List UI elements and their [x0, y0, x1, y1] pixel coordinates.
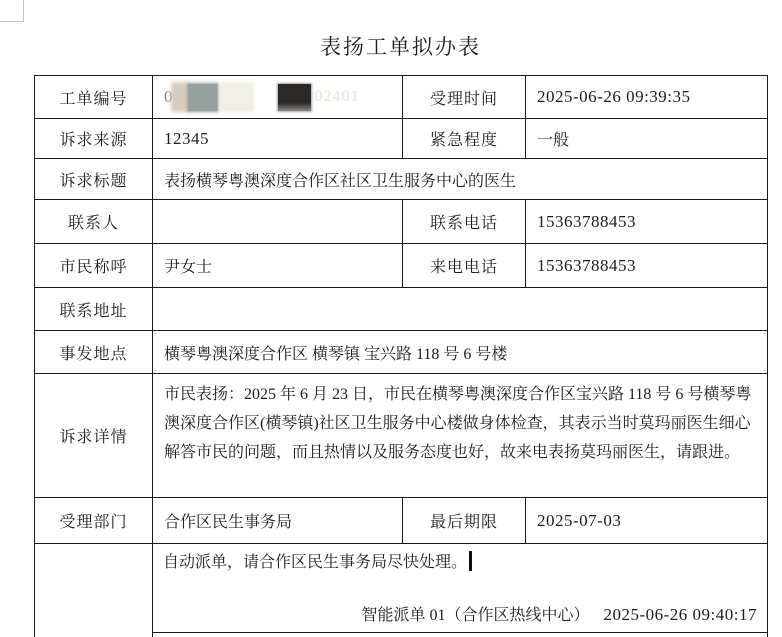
contact-address-label: 联系地址: [35, 288, 153, 331]
contact-phone-value: 15363788453: [526, 200, 768, 244]
redaction-block-cream: [221, 84, 252, 110]
incident-location-label: 事发地点: [35, 331, 153, 374]
department-label: 受理部门: [35, 498, 153, 544]
urgency-label: 紧急程度: [403, 119, 526, 159]
accept-time-value: 2025-06-26 09:39:35: [526, 76, 768, 119]
work-order-table: 工单编号 002401 受理时间 2025-06-26 09:39:35 诉求来…: [34, 75, 768, 637]
source-value: 12345: [153, 119, 403, 159]
deadline-value: 2025-07-03: [526, 498, 768, 544]
dispatch-signer: 智能派单 01（合作区热线中心）: [361, 607, 589, 624]
order-no-label: 工单编号: [35, 76, 153, 119]
appeal-details-label: 诉求详情: [35, 374, 153, 498]
redaction-smudge: [174, 85, 186, 109]
department-value: 合作区民生事务局: [153, 498, 403, 544]
redaction-block-black: [278, 84, 311, 111]
dispatch-note: 自动派单，请合作区民生事务局尽快处理。: [163, 551, 757, 575]
table-row: 受理部门 合作区民生事务局 最后期限 2025-07-03: [35, 498, 768, 544]
page-title: 表扬工单拟办表: [34, 31, 767, 61]
table-row: 自动派单，请合作区民生事务局尽快处理。 智能派单 01（合作区热线中心）2025…: [35, 544, 768, 633]
accept-time-label: 受理时间: [403, 76, 526, 119]
dispatch-signature: 智能派单 01（合作区热线中心）2025-06-26 09:40:17: [163, 602, 757, 625]
cutoff-cell: [153, 633, 768, 637]
table-row: 联系地址: [35, 288, 768, 331]
order-no-value: 002401: [153, 76, 403, 119]
table-row: 联系人 联系电话 15363788453: [35, 200, 768, 244]
deadline-label: 最后期限: [403, 498, 526, 544]
dispatch-time: 2025-06-26 09:40:17: [603, 605, 757, 624]
urgency-value: 一般: [526, 119, 768, 159]
appeal-details-cell: 市民表扬：2025 年 6 月 23 日，市民在横琴粤澳深度合作区宝兴路 118…: [153, 374, 768, 498]
redacted-order-number: 002401: [164, 84, 402, 111]
appeal-details-value: 市民表扬：2025 年 6 月 23 日，市民在横琴粤澳深度合作区宝兴路 118…: [164, 380, 755, 467]
contact-address-value: [153, 288, 768, 331]
opinion-label-cell: [35, 544, 153, 637]
citizen-name-label: 市民称呼: [35, 244, 153, 288]
table-row: 工单编号 002401 受理时间 2025-06-26 09:39:35: [35, 76, 768, 119]
dispatch-note-cell[interactable]: 自动派单，请合作区民生事务局尽快处理。 智能派单 01（合作区热线中心）2025…: [153, 544, 768, 633]
table-row: 诉求标题 表扬横琴粤澳深度合作区社区卫生服务中心的医生: [35, 159, 768, 200]
contact-label: 联系人: [35, 200, 153, 244]
table-row: 诉求详情 市民表扬：2025 年 6 月 23 日，市民在横琴粤澳深度合作区宝兴…: [35, 374, 768, 498]
citizen-name-value: 尹女士: [153, 244, 403, 288]
page-corner-mark: [0, 0, 24, 22]
source-label: 诉求来源: [35, 119, 153, 159]
incident-location-value: 横琴粤澳深度合作区 横琴镇 宝兴路 118 号 6 号楼: [153, 331, 768, 374]
table-row: 事发地点 横琴粤澳深度合作区 横琴镇 宝兴路 118 号 6 号楼: [35, 331, 768, 374]
contact-value: [153, 200, 403, 244]
caller-phone-value: 15363788453: [526, 244, 768, 288]
redaction-block-grey: [188, 84, 218, 111]
appeal-title-label: 诉求标题: [35, 159, 153, 200]
table-row: 诉求来源 12345 紧急程度 一般: [35, 119, 768, 159]
text-cursor: [469, 551, 472, 571]
table-row: 市民称呼 尹女士 来电电话 15363788453: [35, 244, 768, 288]
appeal-title-value: 表扬横琴粤澳深度合作区社区卫生服务中心的医生: [153, 159, 768, 200]
contact-phone-label: 联系电话: [403, 200, 526, 244]
caller-phone-label: 来电电话: [403, 244, 526, 288]
